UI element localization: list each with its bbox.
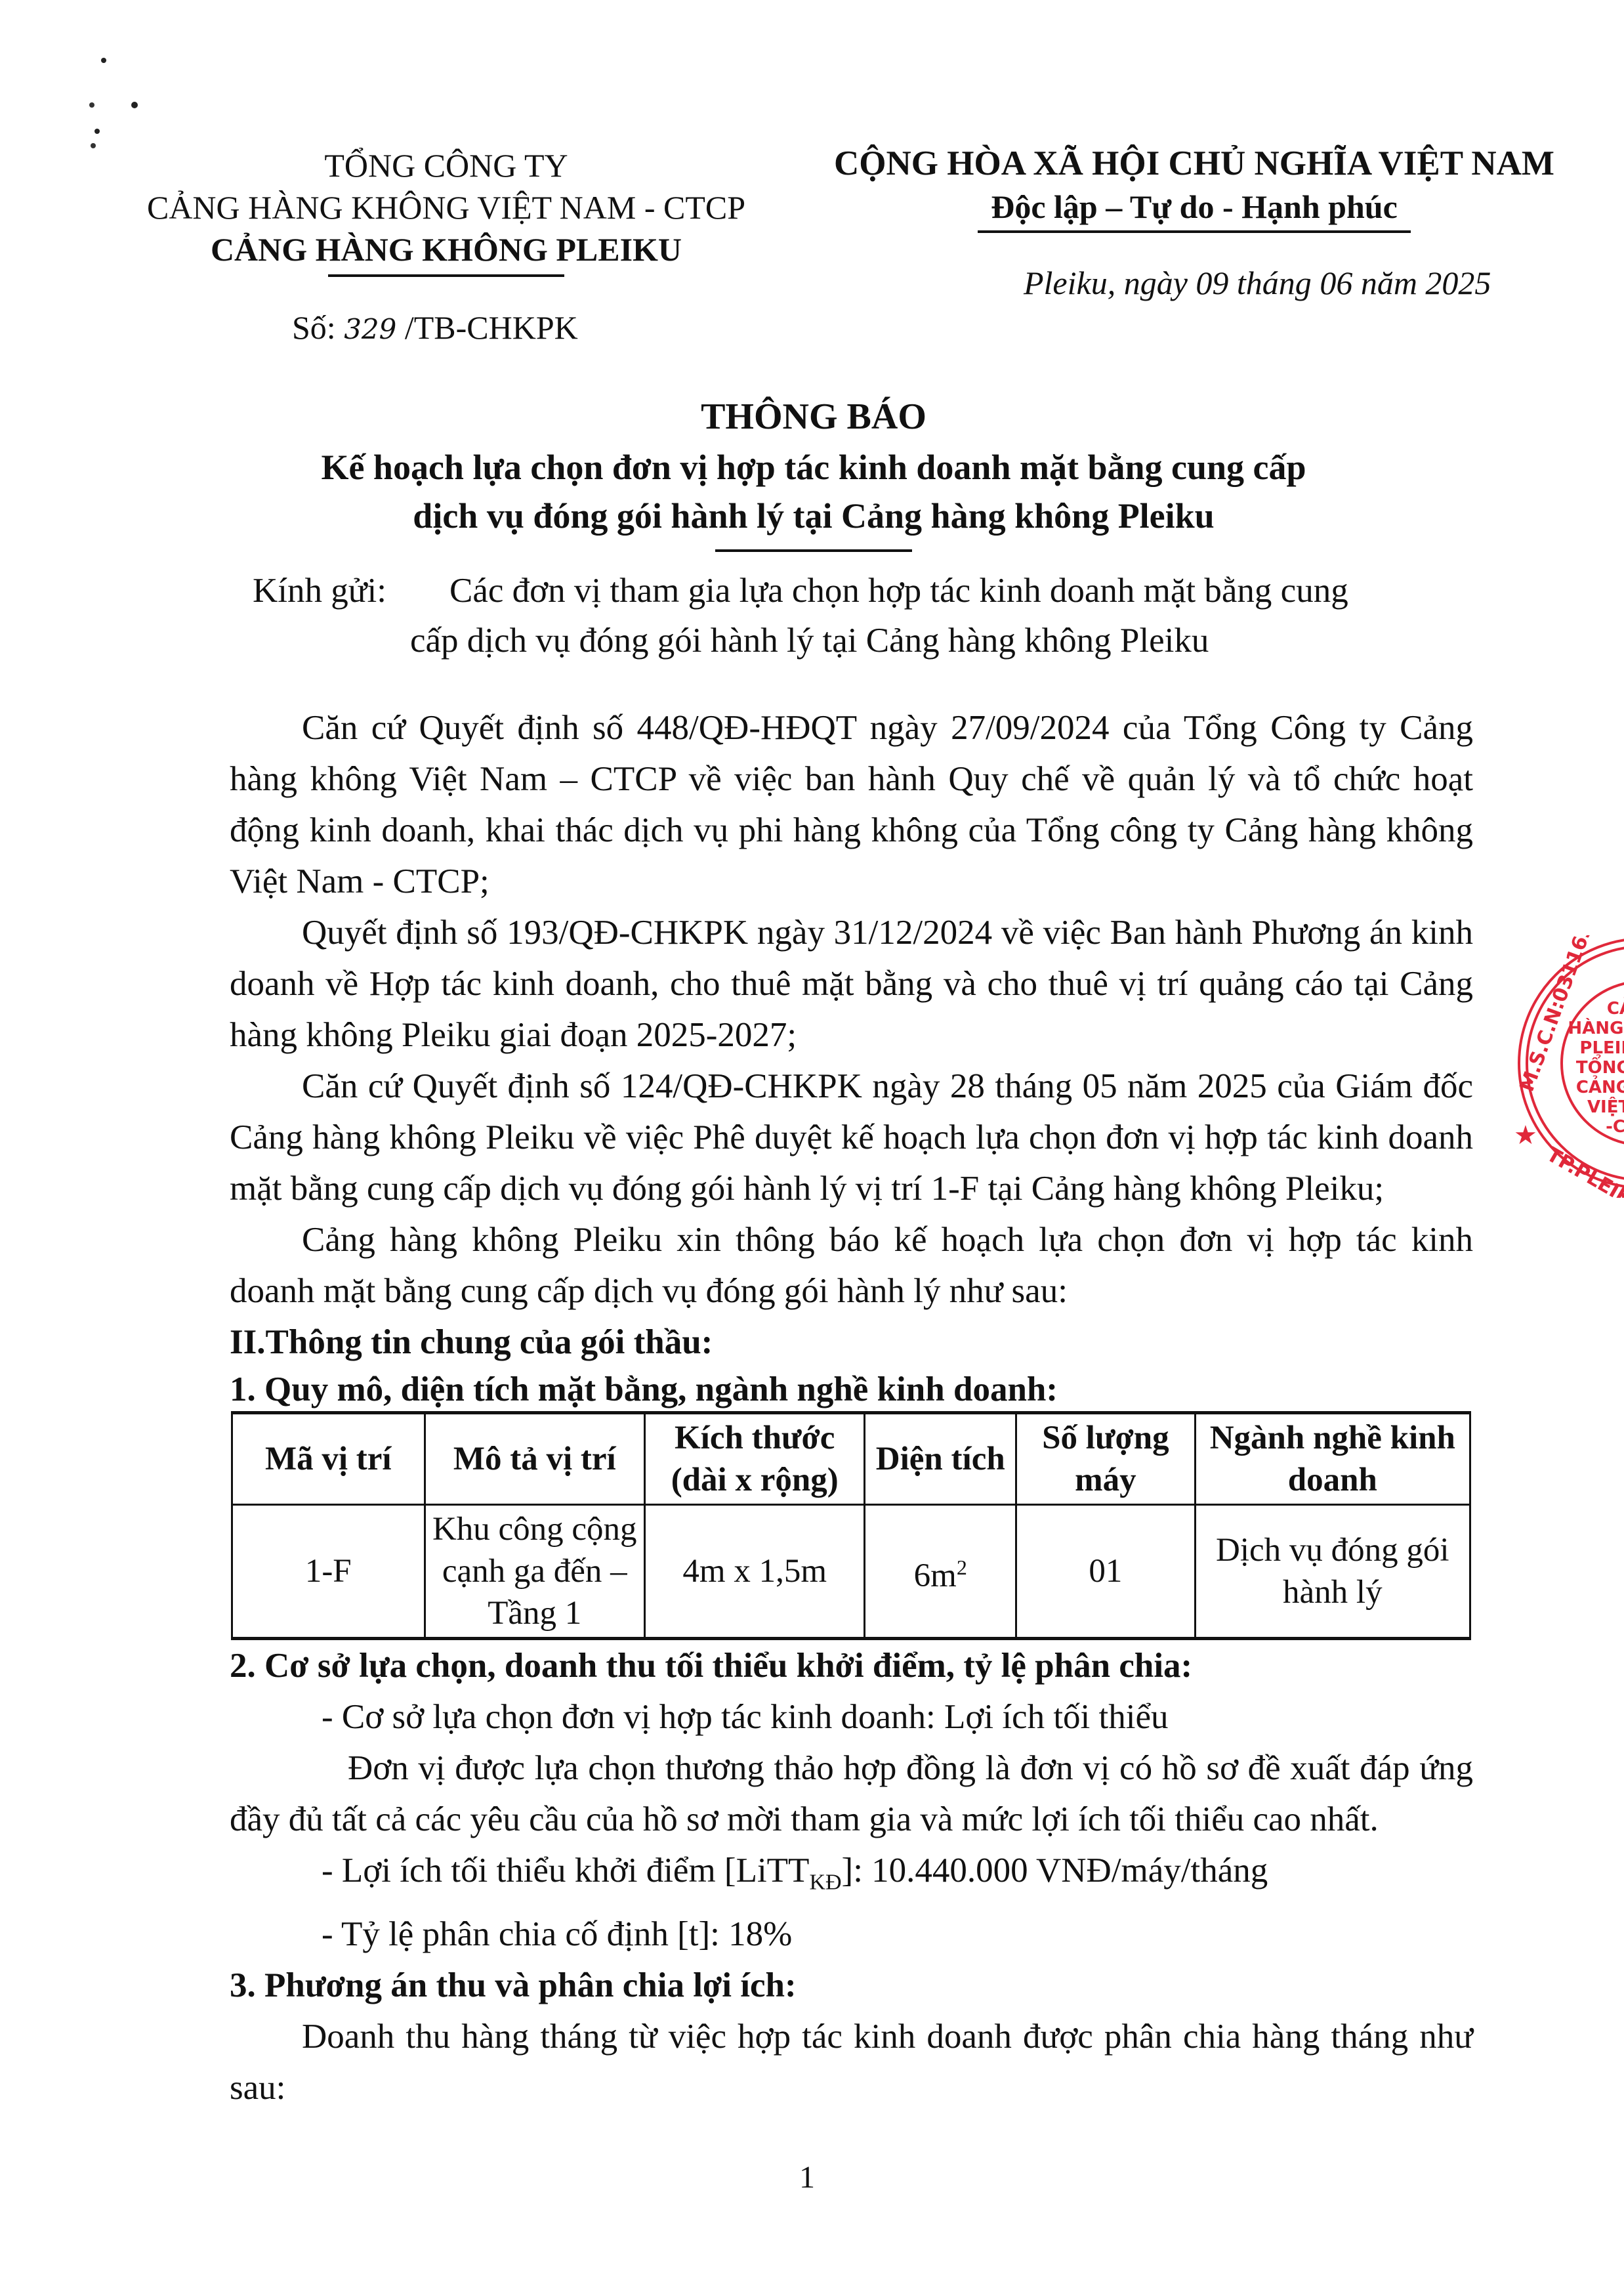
- national-motto: Độc lập – Tự do - Hạnh phúc: [801, 186, 1588, 228]
- col-header-description: Mô tả vị trí: [425, 1413, 644, 1505]
- col-header-size: Kích thước (dài x rộng): [644, 1413, 864, 1505]
- col-header-code: Mã vị trí: [232, 1413, 425, 1505]
- recipient-block: Kính gửi:Các đơn vị tham gia lựa chọn hợ…: [253, 566, 1480, 666]
- organization-header: TỔNG CÔNG TY CẢNG HÀNG KHÔNG VIỆT NAM - …: [112, 144, 781, 277]
- cell-size: 4m x 1,5m: [644, 1505, 864, 1639]
- section-II-heading: II.Thông tin chung của gói thầu:: [230, 1317, 1473, 1368]
- notice-title-block: THÔNG BÁO Kế hoạch lựa chọn đơn vị hợp t…: [197, 391, 1430, 552]
- handwritten-day: 09: [1196, 264, 1228, 301]
- national-title: CỘNG HÒA XÃ HỘI CHỦ NGHĨA VIỆT NAM: [801, 141, 1588, 186]
- svg-text:CẢNG HÀNG: CẢNG HÀNG: [1576, 1074, 1624, 1097]
- cell-code: 1-F: [232, 1505, 425, 1639]
- legal-basis-1: Căn cứ Quyết định số 448/QĐ-HĐQT ngày 27…: [230, 702, 1473, 907]
- notice-subtitle-line1: Kế hoạch lựa chọn đơn vị hợp tác kinh do…: [197, 443, 1430, 492]
- col-header-business: Ngành nghề kinh doanh: [1195, 1413, 1470, 1505]
- svg-text:VIỆT NAM: VIỆT NAM: [1587, 1096, 1624, 1117]
- org-underline: [328, 274, 564, 277]
- recipient-line2: cấp dịch vụ đóng gói hành lý tại Cảng hà…: [253, 616, 1480, 666]
- scan-artifact-marks: [39, 26, 171, 158]
- col-header-machines: Số lượng máy: [1016, 1413, 1196, 1505]
- document-number: Số: 329 /TB-CHKPK: [292, 308, 578, 347]
- handwritten-month: 06: [1320, 264, 1352, 301]
- sharing-ratio: - Tỷ lệ phân chia cố định [t]: 18%: [230, 1909, 1473, 1960]
- selection-criteria: Đơn vị được lựa chọn thương thảo hợp đồn…: [230, 1743, 1473, 1845]
- handwritten-number: 329: [344, 313, 396, 345]
- col-header-area: Diện tích: [865, 1413, 1016, 1505]
- minimum-benefit: - Lợi ích tối thiểu khởi điểm [LiTTKĐ]: …: [230, 1845, 1473, 1909]
- svg-text:HÀNG KHÔNG: HÀNG KHÔNG: [1568, 1017, 1624, 1038]
- notice-subtitle-line2: dịch vụ đóng gói hành lý tại Cảng hàng k…: [197, 492, 1430, 540]
- cell-machines: 01: [1016, 1505, 1196, 1639]
- revenue-sharing-intro: Doanh thu hàng tháng từ việc hợp tác kin…: [230, 2011, 1473, 2113]
- section-3-heading: 3. Phương án thu và phân chia lợi ích:: [230, 1960, 1473, 2011]
- page-number: 1: [774, 2159, 840, 2195]
- recipient-label: Kính gửi:: [253, 566, 449, 616]
- parent-org-line2: CẢNG HÀNG KHÔNG VIỆT NAM - CTCP: [112, 186, 781, 228]
- legal-basis-2: Quyết định số 193/QĐ-CHKPK ngày 31/12/20…: [230, 907, 1473, 1061]
- table-row: 1-F Khu công cộng cạnh ga đến – Tầng 1 4…: [232, 1505, 1470, 1639]
- svg-text:PLEIKU-CHI: PLEIKU-CHI: [1579, 1038, 1624, 1058]
- selection-basis: - Cơ sở lựa chọn đơn vị hợp tác kinh doa…: [230, 1691, 1473, 1743]
- cell-description: Khu công cộng cạnh ga đến – Tầng 1: [425, 1505, 644, 1639]
- cell-business: Dịch vụ đóng gói hành lý: [1195, 1505, 1470, 1639]
- parent-org-line1: TỔNG CÔNG TY: [112, 144, 781, 186]
- section-2-heading: 2. Cơ sở lựa chọn, doanh thu tối thiểu k…: [230, 1640, 1473, 1691]
- issue-date: Pleiku, ngày 09 tháng 06 năm 2025: [1024, 264, 1491, 302]
- section-1-heading: 1. Quy mô, diện tích mặt bằng, ngành ngh…: [230, 1368, 1473, 1411]
- legal-basis-3: Căn cứ Quyết định số 124/QĐ-CHKPK ngày 2…: [230, 1061, 1473, 1214]
- site-info-table: Mã vị trí Mô tả vị trí Kích thước (dài x…: [231, 1411, 1471, 1640]
- svg-text:★: ★: [1514, 1120, 1537, 1151]
- table-header-row: Mã vị trí Mô tả vị trí Kích thước (dài x…: [232, 1413, 1470, 1505]
- document-body: Căn cứ Quyết định số 448/QĐ-HĐQT ngày 27…: [230, 702, 1473, 2113]
- svg-text:CẢNG: CẢNG: [1607, 996, 1624, 1019]
- official-seal-stamp: M.S.C.N:0311638521 TP.PLEIKU ★ CẢNGHÀNG …: [1480, 935, 1624, 1198]
- title-underline: [715, 549, 912, 552]
- svg-text:TP.PLEIKU: TP.PLEIKU: [1543, 1143, 1624, 1198]
- announcement-intro: Cảng hàng không Pleiku xin thông báo kế …: [230, 1214, 1473, 1317]
- motto-underline: [978, 230, 1411, 233]
- national-header: CỘNG HÒA XÃ HỘI CHỦ NGHĨA VIỆT NAM Độc l…: [801, 141, 1588, 233]
- cell-area: 6m2: [865, 1505, 1016, 1639]
- notice-title: THÔNG BÁO: [197, 391, 1430, 443]
- recipient-line1: Các đơn vị tham gia lựa chọn hợp tác kin…: [449, 572, 1348, 610]
- svg-text:-CTCP: -CTCP: [1606, 1117, 1624, 1137]
- issuing-org-name: CẢNG HÀNG KHÔNG PLEIKU: [112, 228, 781, 270]
